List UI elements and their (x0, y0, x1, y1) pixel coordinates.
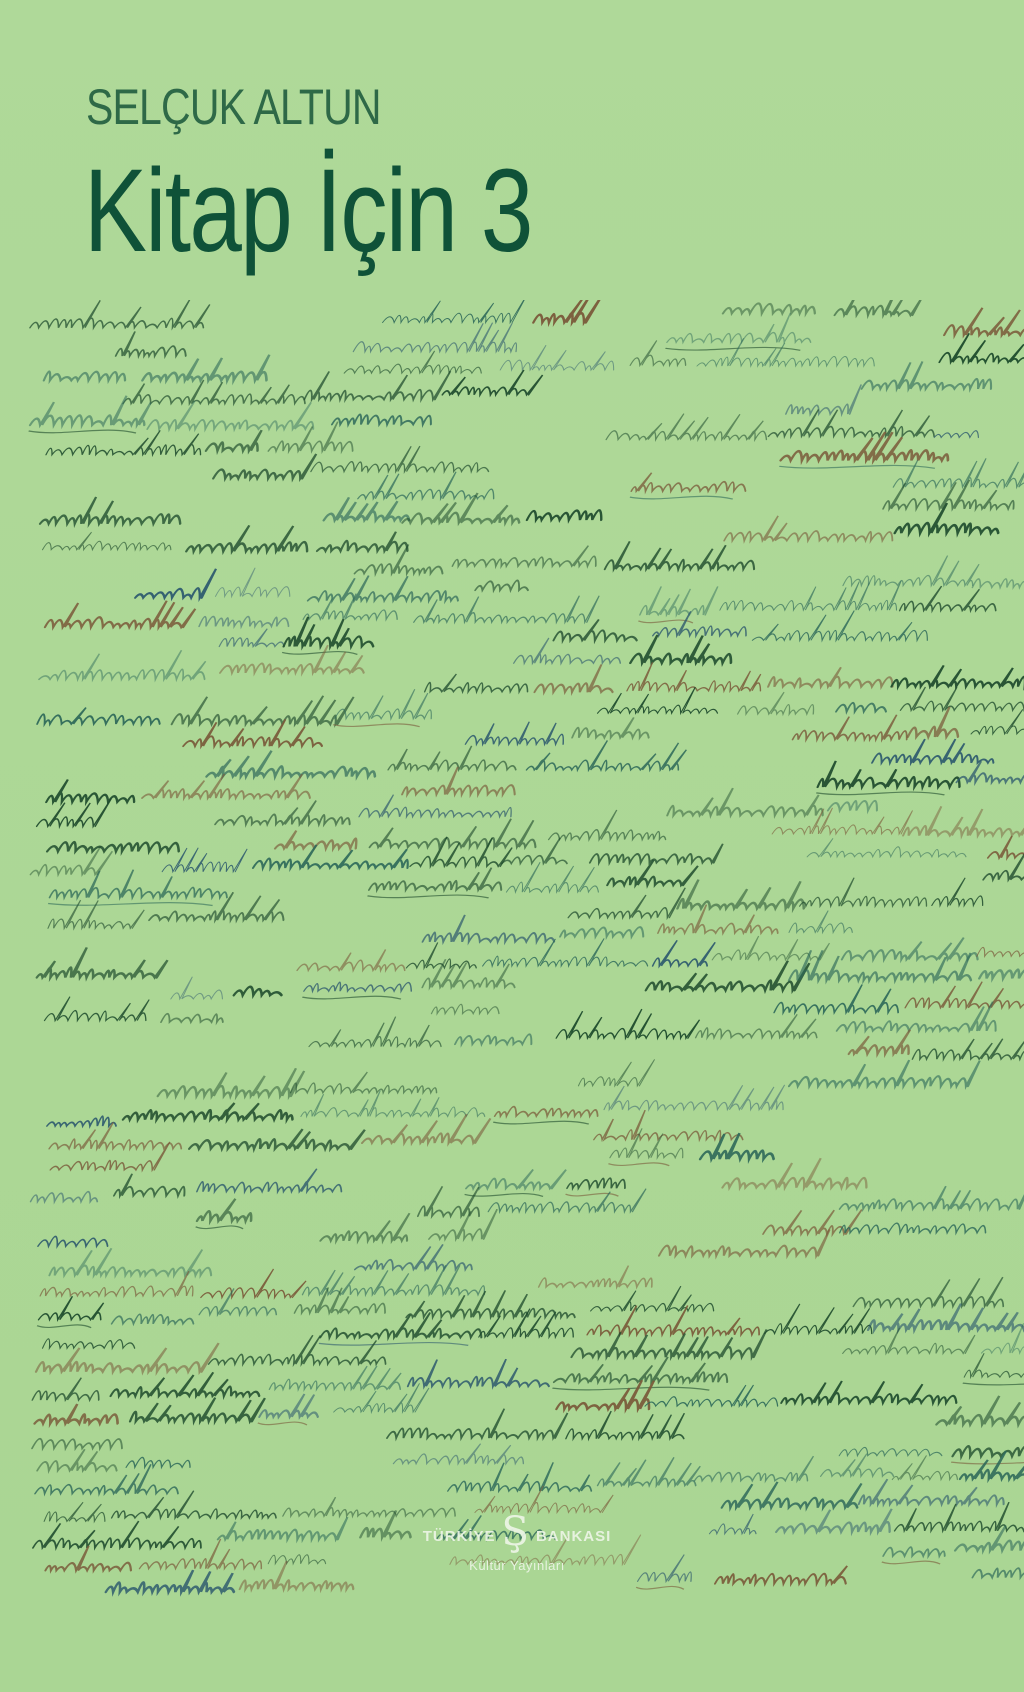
is-bankasi-logo-icon: Ş (502, 1512, 530, 1552)
signature-portrait-icon (0, 300, 1024, 1640)
publisher-name: TÜRKİYE Ş BANKASI (372, 1520, 662, 1552)
author-name: SELÇUK ALTUN (86, 78, 381, 136)
publisher-name-left: TÜRKİYE (423, 1528, 496, 1545)
publisher-name-right: BANKASI (536, 1528, 611, 1545)
book-title: Kitap İçin 3 (84, 152, 532, 270)
publisher-logo: TÜRKİYE Ş BANKASI Kültür Yayınları (372, 1520, 662, 1573)
publisher-imprint: Kültür Yayınları (372, 1558, 662, 1573)
book-cover: SELÇUK ALTUN Kitap İçin 3 TÜRKİYE Ş BANK… (0, 0, 1024, 1692)
